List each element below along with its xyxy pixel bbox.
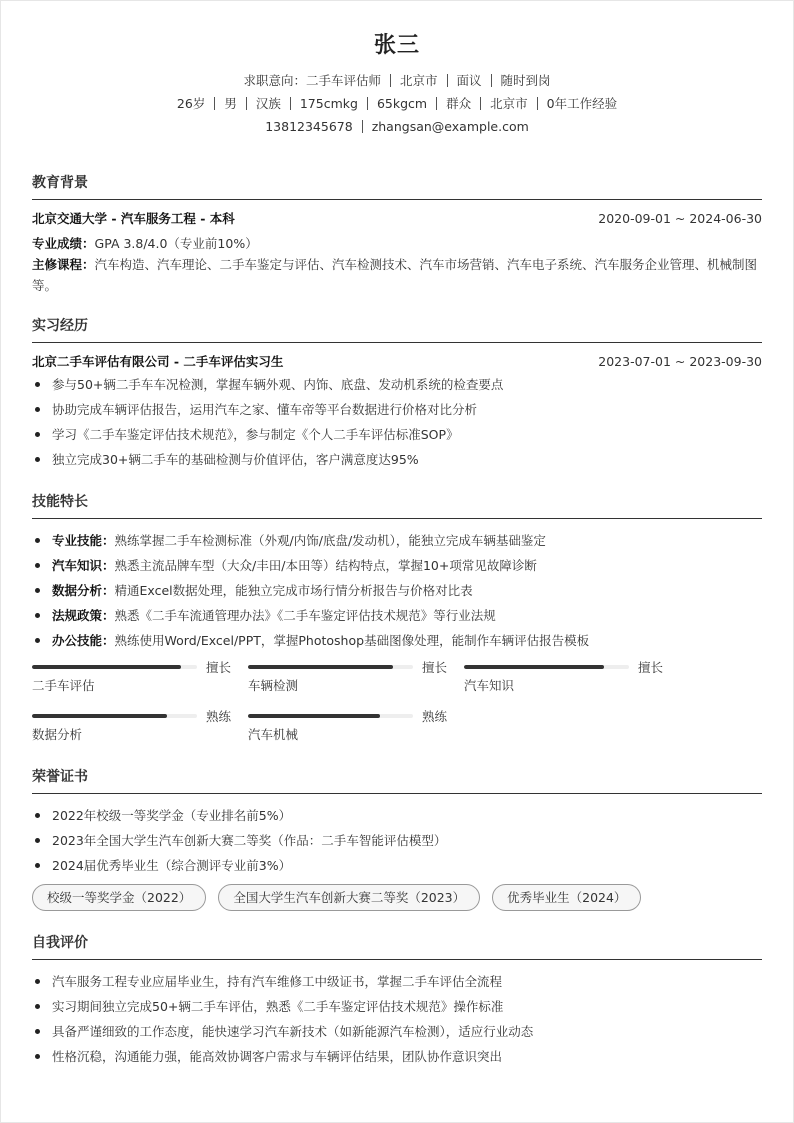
education-row-head: 北京交通大学 - 汽车服务工程 - 本科 2020-09-01 ~ 2024-0…: [32, 209, 762, 229]
education-date: 2020-09-01 ~ 2024-06-30: [598, 209, 762, 229]
gpa-value: GPA 3.8/4.0（专业前10%）: [95, 236, 258, 251]
skill-fill: [248, 665, 393, 669]
skill-fill: [32, 665, 181, 669]
section-title: 实习经历: [32, 316, 762, 343]
school-name: 北京交通大学 - 汽车服务工程 - 本科: [32, 209, 235, 229]
company-role: 北京二手车评估有限公司 - 二手车评估实习生: [32, 352, 283, 372]
job-intent-line: 求职意向：二手车评估师 北京市 面议 随时到岗: [32, 69, 762, 92]
skill-level: 擅长: [422, 658, 447, 676]
skill-label: 专业技能：: [52, 533, 115, 548]
internship-date: 2023-07-01 ~ 2023-09-30: [598, 352, 762, 372]
skills-section: 技能特长 专业技能：熟练掌握二手车检测标准（外观/内饰/底盘/发动机），能独立完…: [32, 492, 762, 745]
courses-label: 主修课程：: [32, 257, 95, 272]
section-title: 荣誉证书: [32, 767, 762, 794]
skill-bar-item: 擅长 二手车评估: [32, 659, 248, 696]
list-item: 法规政策：熟悉《二手车流通管理办法》《二手车鉴定评估技术规范》等行业法规: [32, 603, 762, 628]
section-title: 技能特长: [32, 492, 762, 519]
courses-value: 汽车构造、汽车理论、二手车鉴定与评估、汽车检测技术、汽车市场营销、汽车电子系统、…: [32, 257, 757, 293]
skill-name: 汽车机械: [248, 725, 464, 745]
skill-fill: [464, 665, 604, 669]
honor-tag: 优秀毕业生（2024）: [492, 884, 641, 911]
gpa-label: 专业成绩：: [32, 236, 95, 251]
skill-name: 车辆检测: [248, 676, 464, 696]
skill-bar-item: 擅长 汽车知识: [464, 659, 680, 696]
intent-salary: 面议: [457, 69, 482, 92]
skills-bullets: 专业技能：熟练掌握二手车检测标准（外观/内饰/底盘/发动机），能独立完成车辆基础…: [32, 528, 762, 653]
skill-track: [464, 665, 629, 669]
list-item: 实习期间独立完成50+辆二手车评估，熟悉《二手车鉴定评估技术规范》操作标准: [32, 994, 762, 1019]
separator: [390, 74, 391, 87]
skill-text: 熟悉主流品牌车型（大众/丰田/本田等）结构特点，掌握10+项常见故障诊断: [115, 558, 537, 573]
skill-level: 熟练: [422, 707, 447, 725]
separator: [480, 97, 481, 110]
list-item: 2024届优秀毕业生（综合测评专业前3%）: [32, 853, 762, 878]
honor-tags: 校级一等奖学金（2022） 全国大学生汽车创新大赛二等奖（2023） 优秀毕业生…: [32, 884, 762, 911]
skill-track: [32, 665, 197, 669]
list-item: 协助完成车辆评估报告，运用汽车之家、懂车帝等平台数据进行价格对比分析: [32, 397, 762, 422]
list-item: 数据分析：精通Excel数据处理，能独立完成市场行情分析报告与价格对比表: [32, 578, 762, 603]
skill-level: 熟练: [206, 707, 231, 725]
residence: 北京市: [490, 92, 528, 115]
list-item: 汽车服务工程专业应届毕业生，持有汽车维修工中级证书，掌握二手车评估全流程: [32, 969, 762, 994]
ethnicity: 汉族: [256, 92, 281, 115]
separator: [367, 97, 368, 110]
skill-fill: [32, 714, 167, 718]
list-item: 专业技能：熟练掌握二手车检测标准（外观/内饰/底盘/发动机），能独立完成车辆基础…: [32, 528, 762, 553]
list-item: 2023年全国大学生汽车创新大赛二等奖（作品：二手车智能评估模型）: [32, 828, 762, 853]
skill-label: 数据分析：: [52, 583, 115, 598]
list-item: 2022年校级一等奖学金（专业排名前5%）: [32, 803, 762, 828]
separator: [436, 97, 437, 110]
list-item: 具备严谨细致的工作态度，能快速学习汽车新技术（如新能源汽车检测），适应行业动态: [32, 1019, 762, 1044]
list-item: 独立完成30+辆二手车的基础检测与价值评估，客户满意度达95%: [32, 447, 762, 472]
skill-name: 二手车评估: [32, 676, 248, 696]
candidate-name: 张三: [32, 31, 762, 61]
separator: [491, 74, 492, 87]
honor-tag: 校级一等奖学金（2022）: [32, 884, 206, 911]
gender: 男: [224, 92, 237, 115]
education-section: 教育背景 北京交通大学 - 汽车服务工程 - 本科 2020-09-01 ~ 2…: [32, 173, 762, 296]
internship-row-head: 北京二手车评估有限公司 - 二手车评估实习生 2023-07-01 ~ 2023…: [32, 352, 762, 372]
intent-availability: 随时到岗: [501, 69, 551, 92]
phone: 13812345678: [265, 115, 352, 138]
courses-line: 主修课程：汽车构造、汽车理论、二手车鉴定与评估、汽车检测技术、汽车市场营销、汽车…: [32, 254, 762, 296]
list-item: 办公技能：熟练使用Word/Excel/PPT，掌握Photoshop基础图像处…: [32, 628, 762, 653]
separator: [447, 74, 448, 87]
intent-city: 北京市: [400, 69, 438, 92]
honor-tag: 全国大学生汽车创新大赛二等奖（2023）: [218, 884, 480, 911]
skill-name: 数据分析: [32, 725, 248, 745]
job-intent: 求职意向：二手车评估师: [243, 69, 381, 92]
skill-track: [32, 714, 197, 718]
skill-text: 精通Excel数据处理，能独立完成市场行情分析报告与价格对比表: [115, 583, 473, 598]
list-item: 参与50+辆二手车车况检测，掌握车辆外观、内饰、底盘、发动机系统的检查要点: [32, 372, 762, 397]
honors-bullets: 2022年校级一等奖学金（专业排名前5%） 2023年全国大学生汽车创新大赛二等…: [32, 803, 762, 878]
internship-bullets: 参与50+辆二手车车况检测，掌握车辆外观、内饰、底盘、发动机系统的检查要点 协助…: [32, 372, 762, 472]
list-item: 汽车知识：熟悉主流品牌车型（大众/丰田/本田等）结构特点，掌握10+项常见故障诊…: [32, 553, 762, 578]
separator: [290, 97, 291, 110]
skill-bar-item: 熟练 汽车机械: [248, 708, 464, 745]
resume-header: 张三 求职意向：二手车评估师 北京市 面议 随时到岗 26岁 男 汉族 175c…: [32, 31, 762, 138]
email: zhangsan@example.com: [372, 115, 529, 138]
work-experience: 0年工作经验: [547, 92, 617, 115]
skill-level: 擅长: [206, 658, 231, 676]
skill-bar-item: 熟练 数据分析: [32, 708, 248, 745]
resume-page: 张三 求职意向：二手车评估师 北京市 面议 随时到岗 26岁 男 汉族 175c…: [0, 0, 794, 1123]
separator: [537, 97, 538, 110]
skill-track: [248, 714, 413, 718]
separator: [246, 97, 247, 110]
internship-section: 实习经历 北京二手车评估有限公司 - 二手车评估实习生 2023-07-01 ~…: [32, 316, 762, 472]
section-title: 自我评价: [32, 933, 762, 960]
separator: [362, 120, 363, 133]
separator: [214, 97, 215, 110]
skill-text: 熟练掌握二手车检测标准（外观/内饰/底盘/发动机），能独立完成车辆基础鉴定: [115, 533, 546, 548]
political-status: 群众: [446, 92, 471, 115]
skill-bars: 擅长 二手车评估 擅长 车辆检测 擅长 汽车知识 熟练 数据分析 熟练 汽车机械: [32, 659, 762, 745]
skill-label: 办公技能：: [52, 633, 115, 648]
self-evaluation-section: 自我评价 汽车服务工程专业应届毕业生，持有汽车维修工中级证书，掌握二手车评估全流…: [32, 933, 762, 1069]
honors-section: 荣誉证书 2022年校级一等奖学金（专业排名前5%） 2023年全国大学生汽车创…: [32, 767, 762, 911]
height: 175cmkg: [300, 92, 358, 115]
skill-bar-item: 擅长 车辆检测: [248, 659, 464, 696]
section-title: 教育背景: [32, 173, 762, 200]
skill-label: 法规政策：: [52, 608, 115, 623]
skill-track: [248, 665, 413, 669]
gpa-line: 专业成绩：GPA 3.8/4.0（专业前10%）: [32, 233, 762, 254]
self-evaluation-bullets: 汽车服务工程专业应届毕业生，持有汽车维修工中级证书，掌握二手车评估全流程 实习期…: [32, 969, 762, 1069]
skill-level: 擅长: [638, 658, 663, 676]
list-item: 学习《二手车鉴定评估技术规范》，参与制定《个人二手车评估标准SOP》: [32, 422, 762, 447]
skill-label: 汽车知识：: [52, 558, 115, 573]
list-item: 性格沉稳，沟通能力强，能高效协调客户需求与车辆评估结果，团队协作意识突出: [32, 1044, 762, 1069]
weight: 65kgcm: [377, 92, 427, 115]
skill-name: 汽车知识: [464, 676, 680, 696]
contact-line: 13812345678 zhangsan@example.com: [32, 115, 762, 138]
age: 26岁: [177, 92, 205, 115]
skill-text: 熟练使用Word/Excel/PPT，掌握Photoshop基础图像处理，能制作…: [115, 633, 590, 648]
personal-info-line: 26岁 男 汉族 175cmkg 65kgcm 群众 北京市 0年工作经验: [32, 92, 762, 115]
skill-fill: [248, 714, 380, 718]
skill-text: 熟悉《二手车流通管理办法》《二手车鉴定评估技术规范》等行业法规: [115, 608, 496, 623]
